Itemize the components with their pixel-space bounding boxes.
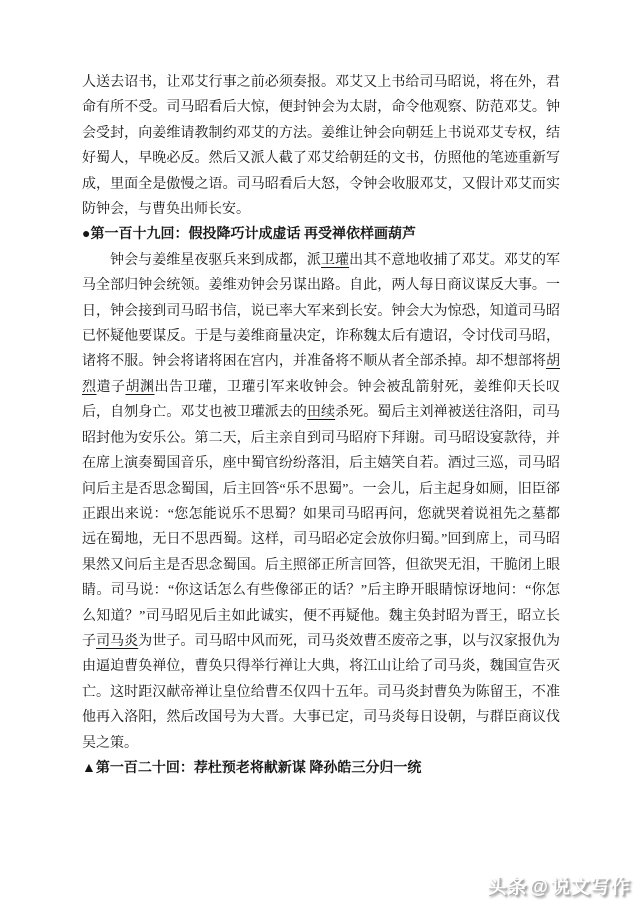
chapter-heading-119-text: 第一百十九回：假投降巧计成虚话 再受禅依样画葫芦 — [90, 227, 416, 242]
chapter-heading-120: ▲第一百二十回：荐杜预老将献新谋 降孙皓三分归一统 — [82, 756, 560, 781]
at-sign-icon: @ — [529, 877, 549, 898]
person-name-wei-guan: 卫瓘 — [321, 253, 349, 268]
person-name-sima-yan: 司马炎 — [96, 634, 138, 649]
text-segment: 钟会与姜维星夜驱兵来到成都，派 — [110, 253, 321, 268]
chapter-heading-120-text: 第一百二十回：荐杜预老将献新谋 降孙皓三分归一统 — [96, 761, 422, 776]
text-segment: 出其不意地收捕了邓艾。邓艾的军马全部归钟会统领。姜维劝钟会另谋出路。自此，两人每… — [82, 253, 560, 370]
chapter-heading-119: ●第一百十九回：假投降巧计成虚话 再受禅依样画葫芦 — [82, 222, 560, 247]
person-name-hu-yuan: 胡渊 — [126, 380, 155, 395]
text-segment: 杀死。蜀后主刘禅被送往洛阳，司马昭封他为安乐公。第二天，后主亲自到司马昭府下拜谢… — [82, 405, 560, 649]
toutiao-watermark: 头条@说文写作 — [487, 872, 631, 899]
body-paragraph-continuation: 人送去诏书，让邓艾行事之前必须奏报。邓艾又上书给司马昭说，将在外，君命有所不受。… — [82, 70, 560, 222]
text-segment: 为世子。司马昭中风而死，司马炎效曹丕废帝之事，以与汉家报仇为由逼迫曹奂禅位，曹奂… — [82, 634, 560, 751]
person-name-tian-xu: 田续 — [307, 405, 335, 420]
watermark-brand: 头条 — [487, 877, 527, 898]
document-page: 人送去诏书，让邓艾行事之前必须奏报。邓艾又上书给司马昭说，将在外，君命有所不受。… — [82, 70, 560, 781]
body-paragraph: 钟会与姜维星夜驱兵来到成都，派卫瓘出其不意地收捕了邓艾。邓艾的军马全部归钟会统领… — [82, 248, 560, 756]
text-segment: 遣子 — [97, 380, 126, 395]
watermark-account: 说文写作 — [551, 877, 631, 898]
triangle-bullet-icon: ▲ — [82, 761, 96, 776]
